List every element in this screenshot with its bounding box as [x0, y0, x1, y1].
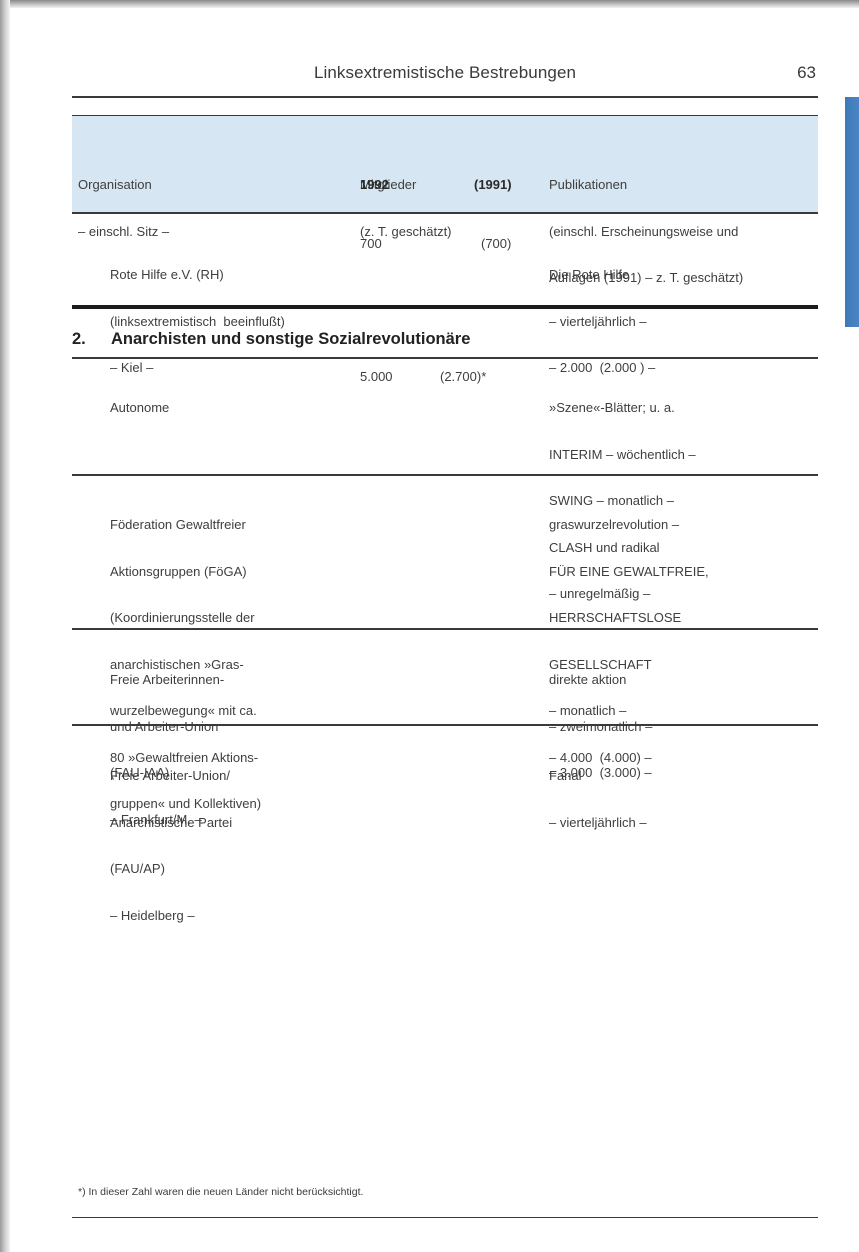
- publication-line: INTERIM – wöchentlich –: [549, 447, 696, 463]
- publication-line: – vierteljährlich –: [549, 815, 647, 831]
- section-title: Anarchisten und sonstige Sozialrevolutio…: [111, 330, 470, 349]
- publication-line: graswurzelrevolution –: [549, 517, 709, 533]
- publication-line: »Szene«-Blätter; u. a.: [549, 400, 696, 416]
- publications-cell-fau-ap: Fanal – vierteljährlich –: [549, 737, 647, 846]
- org-cell-autonome: Autonome: [110, 369, 169, 431]
- running-head: Linksextremistische Bestrebungen 63: [72, 63, 818, 89]
- scan-top-shadow: [0, 0, 859, 8]
- members-1991-rote-hilfe: (700): [481, 236, 511, 252]
- members-1992-autonome: 5.000: [360, 369, 393, 385]
- footnote-rule: [72, 1217, 818, 1218]
- publication-line: HERRSCHAFTSLOSE: [549, 610, 709, 626]
- org-line: Föderation Gewaltfreier: [110, 517, 261, 533]
- header-publikationen-line: Publikationen: [549, 177, 743, 193]
- section-separator-rule: [72, 305, 818, 309]
- publication-line: – vierteljährlich –: [549, 314, 655, 330]
- row-separator-rule: [72, 628, 818, 630]
- publication-line: Fanal: [549, 768, 647, 784]
- section-heading-rule: [72, 357, 818, 359]
- org-cell-fau-ap: Freie Arbeiter-Union/ Anarchistische Par…: [110, 737, 232, 939]
- footnote: *) In dieser Zahl waren die neuen Länder…: [78, 1186, 363, 1198]
- scan-left-edge: [0, 0, 10, 1252]
- org-line: Rote Hilfe e.V. (RH): [110, 267, 285, 283]
- org-cell-rote-hilfe: Rote Hilfe e.V. (RH) (linksextremistisch…: [110, 236, 285, 391]
- chapter-thumb-tab: [845, 97, 859, 327]
- page-number: 63: [797, 63, 816, 83]
- header-organisation-line: Organisation: [78, 177, 169, 193]
- header-year-current: 1992: [360, 177, 389, 193]
- members-1991-autonome: (2.700)*: [440, 369, 486, 385]
- members-1992-rote-hilfe: 700: [360, 236, 382, 252]
- running-head-rule: [72, 96, 818, 98]
- org-line: Autonome: [110, 400, 169, 416]
- table-header-bottom-rule: [72, 212, 818, 214]
- org-line: (FAU/AP): [110, 861, 232, 877]
- org-line: Freie Arbeiter-Union/: [110, 768, 232, 784]
- org-line: und Arbeiter-Union: [110, 719, 224, 735]
- org-line: – Heidelberg –: [110, 908, 232, 924]
- publication-line: FÜR EINE GEWALTFREIE,: [549, 564, 709, 580]
- org-line: Anarchistische Partei: [110, 815, 232, 831]
- org-line: (linksextremistisch beeinflußt): [110, 314, 285, 330]
- running-head-title: Linksextremistische Bestrebungen: [72, 63, 818, 83]
- section-number: 2.: [72, 330, 86, 349]
- row-separator-rule: [72, 724, 818, 726]
- org-line: (Koordinierungsstelle der: [110, 610, 261, 626]
- org-line: Aktionsgruppen (FöGA): [110, 564, 261, 580]
- publication-line: Die Rote Hilfe: [549, 267, 655, 283]
- publication-line: direkte aktion: [549, 672, 652, 688]
- header-year-previous: (1991): [474, 177, 512, 193]
- row-separator-rule: [72, 474, 818, 476]
- publication-line: – zweimonatlich –: [549, 719, 652, 735]
- org-line: Freie Arbeiterinnen-: [110, 672, 224, 688]
- publications-cell-rote-hilfe: Die Rote Hilfe – vierteljährlich – – 2.0…: [549, 236, 655, 391]
